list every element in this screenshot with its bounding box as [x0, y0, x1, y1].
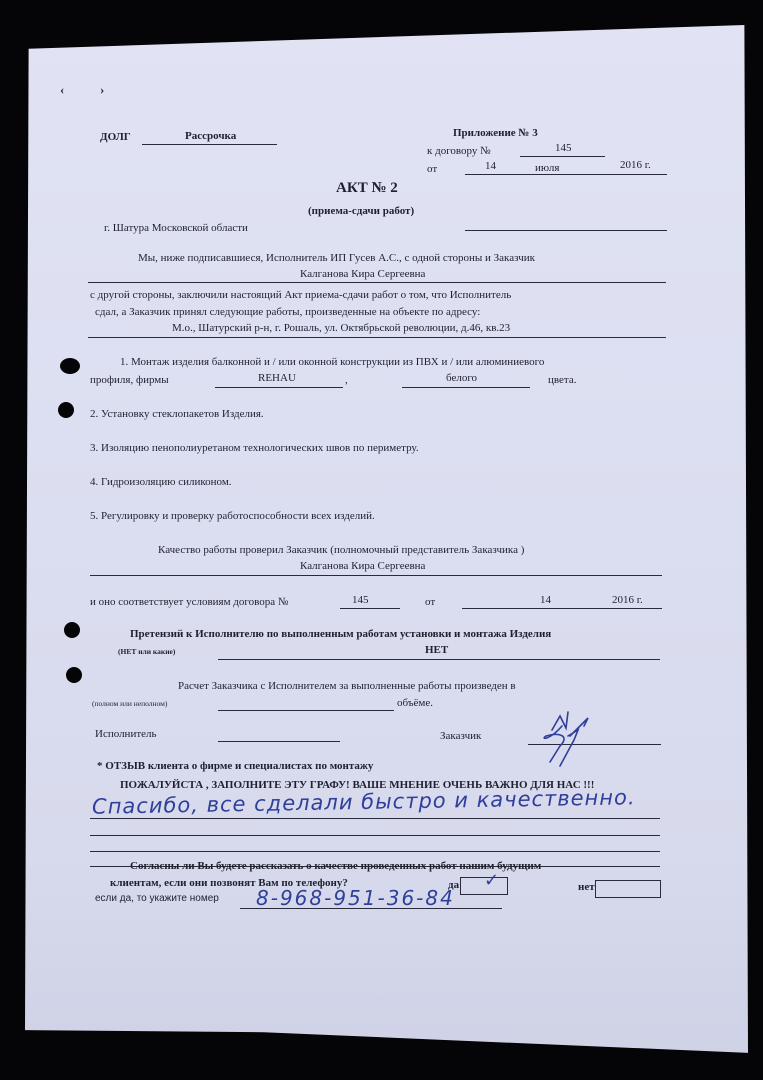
- object-address: М.о., Шатурский р-н, г. Рошаль, ул. Октя…: [172, 322, 510, 334]
- phone-label: если да, то укажите номер: [95, 893, 219, 904]
- payment-underline: [218, 710, 394, 711]
- customer-label: Заказчик: [440, 730, 481, 742]
- contract-label: к договору №: [427, 145, 491, 157]
- color-underline: [402, 387, 530, 388]
- date-year: 2016 г.: [620, 159, 651, 171]
- customer-signature-icon: [530, 706, 610, 770]
- punch-hole: [58, 402, 74, 418]
- work-item-1: 1. Монтаж изделия балконной и / или окон…: [120, 356, 544, 368]
- feedback-title: * ОТЗЫВ клиента о фирме и специалистах п…: [97, 760, 373, 772]
- intro-line2: с другой стороны, заключили настоящий Ак…: [90, 289, 511, 301]
- feedback-line-3: [90, 851, 660, 852]
- intro-line3: сдал, а Заказчик принял следующие работы…: [95, 306, 480, 318]
- work-item-1-profile: профиля, фирмы: [90, 374, 169, 386]
- brand-comma: ,: [345, 374, 348, 386]
- address-underline: [88, 337, 666, 338]
- brand-underline: [215, 387, 343, 388]
- quality-customer-name: Калганова Кира Сергеевна: [300, 560, 425, 572]
- yes-checkmark-icon: ✓: [484, 870, 500, 891]
- no-checkbox[interactable]: [595, 880, 661, 898]
- punch-hole: [60, 358, 80, 374]
- quality-line: Качество работы проверил Заказчик (полно…: [158, 544, 524, 556]
- profile-brand: REHAU: [258, 372, 296, 384]
- feedback-line-2: [90, 835, 660, 836]
- city-date-underline: [465, 230, 667, 231]
- claims-hint: (НЕТ или какие): [118, 647, 175, 656]
- conform-contract-number: 145: [352, 594, 369, 606]
- referral-question-1: Согласны ли Вы будете рассказать о качес…: [130, 860, 541, 872]
- conform-date-year: 2016 г.: [612, 594, 643, 606]
- claims-title: Претензий к Исполнителю по выполненным р…: [130, 628, 551, 640]
- debt-value: Рассрочка: [185, 130, 236, 142]
- conform-date-prefix: от: [425, 596, 435, 608]
- date-day: 14: [485, 160, 496, 172]
- debt-underline: [142, 144, 277, 145]
- profile-color: белого: [446, 372, 477, 384]
- punch-mark-left: ‹: [60, 82, 64, 98]
- act-subtitle: (приема-сдачи работ): [308, 205, 414, 217]
- contract-number: 145: [555, 142, 572, 154]
- act-title: АКТ № 2: [336, 180, 398, 197]
- conform-date-underline: [462, 608, 662, 609]
- customer-name: Калганова Кира Сергеевна: [300, 268, 425, 280]
- conform-number-underline: [340, 608, 400, 609]
- work-item-5: 5. Регулировку и проверку работоспособно…: [90, 510, 375, 522]
- payment-line: Расчет Заказчика с Исполнителем за выпол…: [178, 680, 516, 692]
- date-underline: [465, 174, 667, 175]
- work-item-3: 3. Изоляцию пенополиуретаном технологиче…: [90, 442, 419, 454]
- intro-line1: Мы, ниже подписавшиеся, Исполнитель ИП Г…: [138, 252, 535, 264]
- work-item-2: 2. Установку стеклопакетов Изделия.: [90, 408, 264, 420]
- claims-value: НЕТ: [425, 644, 448, 656]
- contract-underline: [520, 156, 605, 157]
- feedback-line-1: [90, 818, 660, 819]
- debt-label: ДОЛГ: [100, 131, 131, 143]
- claims-underline: [218, 659, 660, 660]
- punch-hole: [64, 622, 80, 638]
- punch-mark-right: ›: [100, 82, 104, 98]
- contractor-signature-line: [218, 741, 340, 742]
- color-suffix: цвета.: [548, 374, 576, 386]
- payment-suffix: объёме.: [397, 697, 433, 709]
- date-prefix: от: [427, 163, 437, 175]
- phone-value[interactable]: 8-968-951-36-84: [256, 886, 455, 910]
- punch-hole: [66, 667, 82, 683]
- date-month: июля: [535, 162, 559, 174]
- quality-name-underline: [90, 575, 662, 576]
- no-label: нет: [578, 881, 595, 893]
- city: г. Шатура Московской области: [104, 222, 248, 234]
- conform-label: и оно соответствует условиям договора №: [90, 596, 288, 608]
- payment-hint: (полном или неполном): [92, 699, 167, 708]
- contractor-label: Исполнитель: [95, 728, 157, 740]
- customer-underline: [88, 282, 666, 283]
- work-item-4: 4. Гидроизоляцию силиконом.: [90, 476, 232, 488]
- conform-date-day: 14: [540, 594, 551, 606]
- appendix-title: Приложение № 3: [453, 127, 538, 139]
